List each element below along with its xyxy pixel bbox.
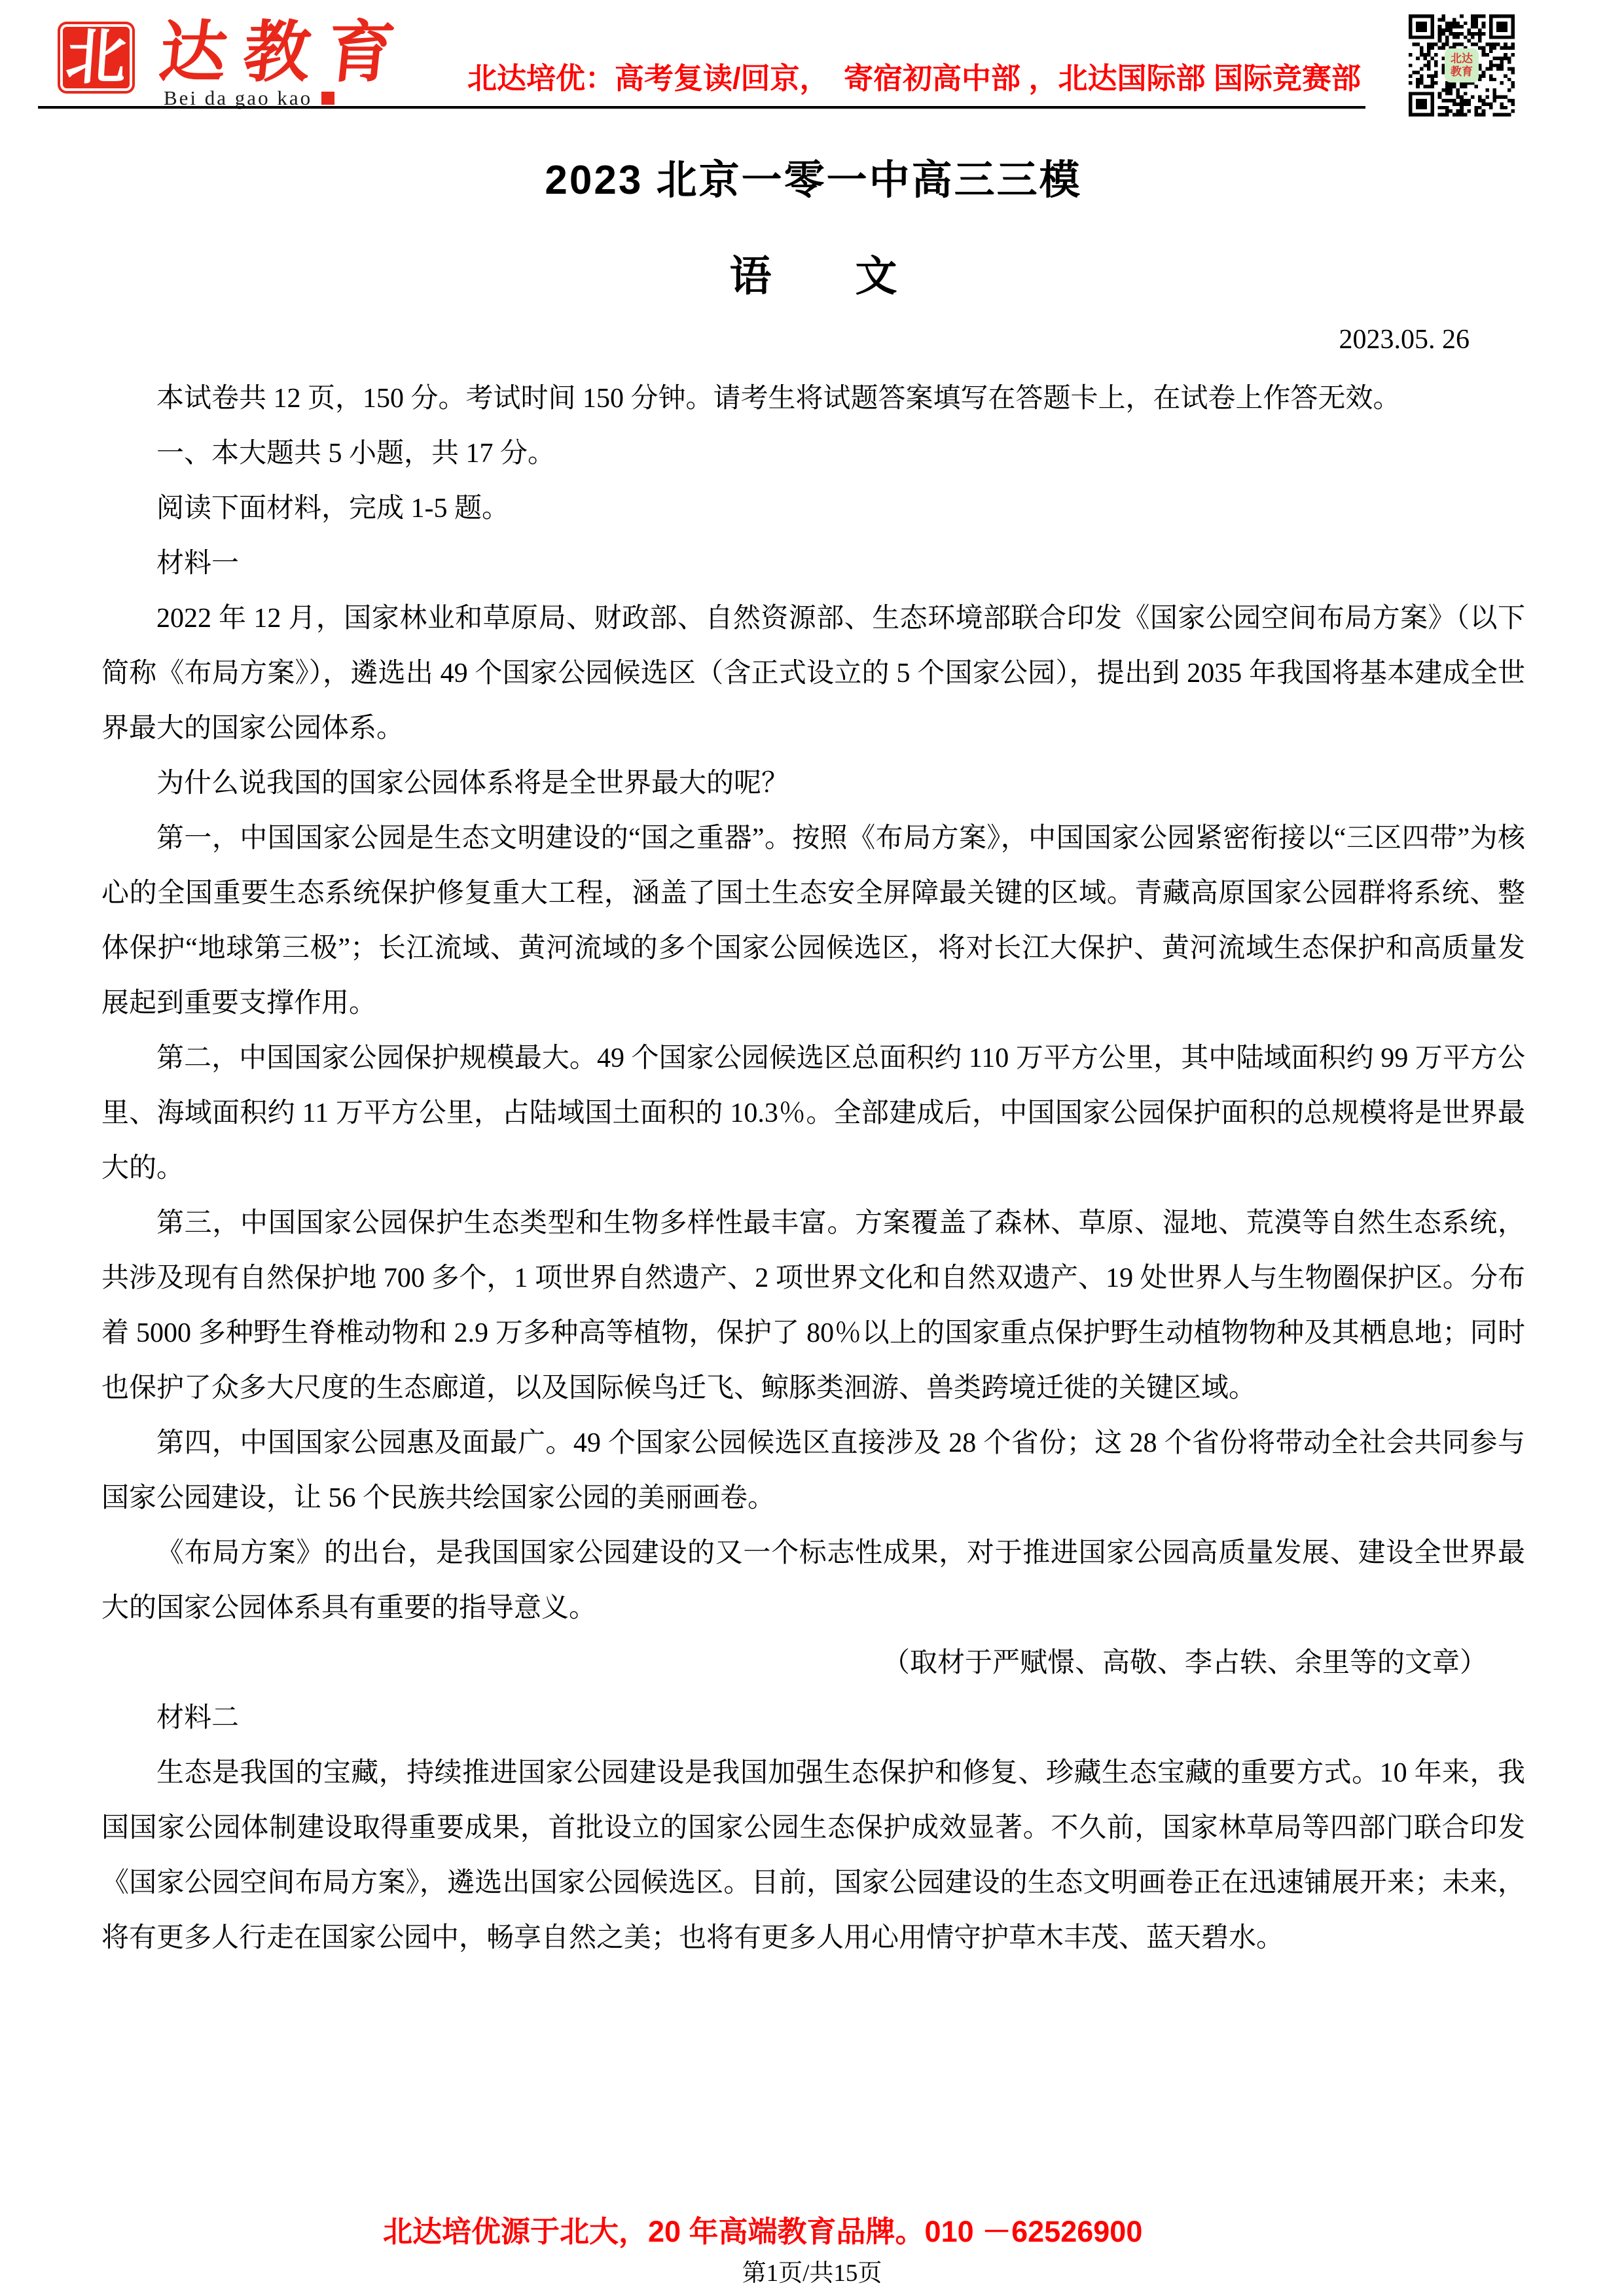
body-paragraph: 第二，中国国家公园保护规模最大。49 个国家公园候选区总面积约 110 万平方公… [101, 1031, 1525, 1196]
section-one-heading: 一、本大题共 5 小题，共 17 分。 [101, 426, 1525, 481]
exam-title: 2023 北京一零一中高三三模 [101, 157, 1525, 204]
exam-date: 2023.05. 26 [101, 323, 1525, 357]
document-content: 2023 北京一零一中高三三模 语 文 2023.05. 26 本试卷共 12 … [0, 0, 1624, 1965]
page-indicator: 第1页/共15页 [0, 2259, 1624, 2288]
body-paragraph: 为什么说我国的国家公园体系将是全世界最大的呢？ [101, 756, 1525, 811]
body-paragraph: 第四，中国国家公园惠及面最广。49 个国家公园候选区直接涉及 28 个省份；这 … [101, 1416, 1525, 1526]
exam-paper-page: 北 达教育 Bei da gao kao 北达培优：高考复读/回京， 寄宿初高中… [0, 0, 1624, 2296]
exam-note: 本试卷共 12 页，150 分。考试时间 150 分钟。请考生将试题答案填写在答… [101, 371, 1525, 426]
exam-subject: 语 文 [101, 253, 1525, 299]
material-two-label: 材料二 [101, 1691, 1525, 1746]
body-paragraph: 生态是我国的宝藏，持续推进国家公园建设是我国加强生态保护和修复、珍藏生态宝藏的重… [101, 1746, 1525, 1965]
reading-instruction: 阅读下面材料，完成 1-5 题。 [101, 481, 1525, 536]
body-paragraph: 第三，中国国家公园保护生态类型和生物多样性最丰富。方案覆盖了森林、草原、湿地、荒… [101, 1196, 1525, 1416]
body-paragraph: 第一，中国国家公园是生态文明建设的“国之重器”。按照《布局方案》，中国国家公园紧… [101, 811, 1525, 1031]
body-paragraph: 2022 年 12 月，国家林业和草原局、财政部、自然资源部、生态环境部联合印发… [101, 591, 1525, 756]
exam-body: 本试卷共 12 页，150 分。考试时间 150 分钟。请考生将试题答案填写在答… [101, 371, 1525, 1965]
material-one-label: 材料一 [101, 536, 1525, 591]
body-paragraph: 《布局方案》的出台，是我国国家公园建设的又一个标志性成果，对于推进国家公园高质量… [101, 1526, 1525, 1636]
source-attribution: （取材于严赋憬、高敬、李占轶、余里等的文章） [101, 1636, 1525, 1691]
footer-promo: 北达培优源于北大，20 年高端教育品牌。010 －62526900 [383, 2215, 1142, 2249]
